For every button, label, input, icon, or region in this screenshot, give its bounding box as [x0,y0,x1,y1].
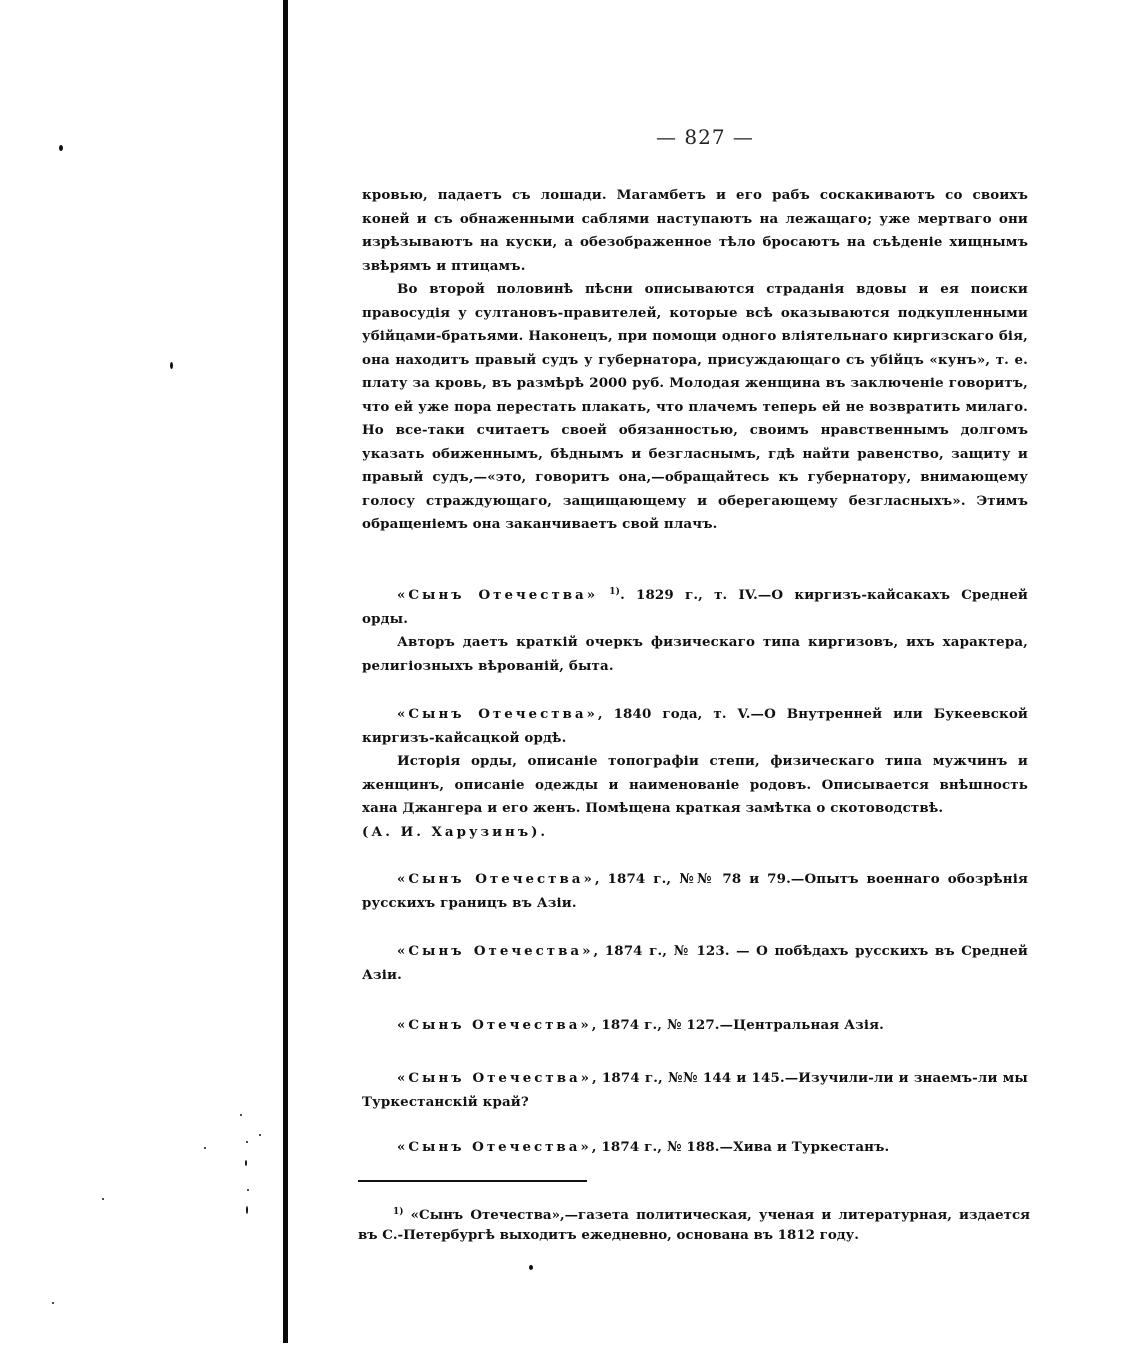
entry-citation: «Сынъ Отечества», 1874 г., № 188.—Хива и… [362,1136,1028,1160]
footnote-marker: 1) [393,1207,404,1217]
entry-citation-text: , 1874 г., № 127.—Центральная Азія. [592,1017,884,1033]
footnote-separator [358,1180,587,1182]
entry-source: «Сынъ Отечества» [397,587,598,603]
paragraph-continuation: кровью, падаетъ съ лошади. Магамбетъ и е… [362,184,1028,278]
bibliography-entry: «Сынъ Отечества», 1874 г., № 127.—Центра… [362,1014,1028,1038]
entry-source: «Сынъ Отечества» [397,871,595,887]
entry-source: «Сынъ Отечества» [397,1139,592,1155]
scan-speck [259,1134,261,1136]
scan-speck [246,1206,248,1214]
paragraph-song-summary: Во второй половинѣ пѣсни описываются стр… [362,278,1028,537]
entry-source: «Сынъ Отечества» [397,1017,592,1033]
scan-speck [245,1160,247,1166]
bibliography-entry: «Сынъ Отечества», 1874 г., № 188.—Хива и… [362,1136,1028,1160]
entry-annotation: Исторія орды, описаніе топографіи степи,… [362,750,1028,821]
scan-speck [59,145,63,151]
footnote-reference[interactable]: 1) [609,587,620,597]
footnote-text: «Сынъ Отечества»,—газета политическая, у… [358,1207,1030,1243]
entry-source: «Сынъ Отечества» [397,943,593,959]
entry-source: «Сынъ Отечества» [397,706,598,722]
scan-speck [246,1141,248,1143]
footnote-item: 1) «Сынъ Отечества»,—газета политическая… [358,1202,1030,1245]
scan-speck [170,362,173,369]
entry-citation-text: , 1874 г., № 188.—Хива и Туркестанъ. [592,1139,890,1155]
entry-citation: «Сынъ Отечества», 1874 г., № 127.—Центра… [362,1014,1028,1038]
scan-speck [204,1147,206,1149]
bibliography-entry: «Сынъ Отечества», 1840 года, т. V.—О Вну… [362,703,1028,844]
scan-speck [247,1189,249,1191]
entry-source: «Сынъ Отечества» [397,1070,592,1086]
bibliography-entry: «Сынъ Отечества», 1874 г., № 123. — О по… [362,940,1028,987]
body-text: кровью, падаетъ съ лошади. Магамбетъ и е… [362,184,1028,537]
page-number: — 827 — [560,125,850,149]
entry-citation: «Сынъ Отечества», 1874 г., №№ 144 и 145.… [362,1067,1028,1114]
footnote-block: 1) «Сынъ Отечества»,—газета политическая… [358,1202,1030,1245]
entry-author: (А. И. Харузинъ). [362,821,1028,845]
entry-citation: «Сынъ Отечества», 1874 г., №№ 78 и 79.—О… [362,868,1028,915]
bibliography-entry: «Сынъ Отечества» 1). 1829 г., т. IV.—О к… [362,581,1028,678]
entry-citation: «Сынъ Отечества», 1874 г., № 123. — О по… [362,940,1028,987]
scan-speck [240,1114,242,1116]
scan-speck [529,1265,533,1270]
binding-edge [283,0,288,1343]
entry-citation: «Сынъ Отечества», 1840 года, т. V.—О Вну… [362,703,1028,750]
bibliography-entry: «Сынъ Отечества», 1874 г., №№ 78 и 79.—О… [362,868,1028,915]
entry-annotation: Авторъ даетъ краткій очеркъ физическаго … [362,631,1028,678]
scan-speck [52,1302,54,1304]
scan-speck [102,1198,104,1200]
bibliography-entry: «Сынъ Отечества», 1874 г., №№ 144 и 145.… [362,1067,1028,1114]
entry-citation: «Сынъ Отечества» 1). 1829 г., т. IV.—О к… [362,581,1028,631]
